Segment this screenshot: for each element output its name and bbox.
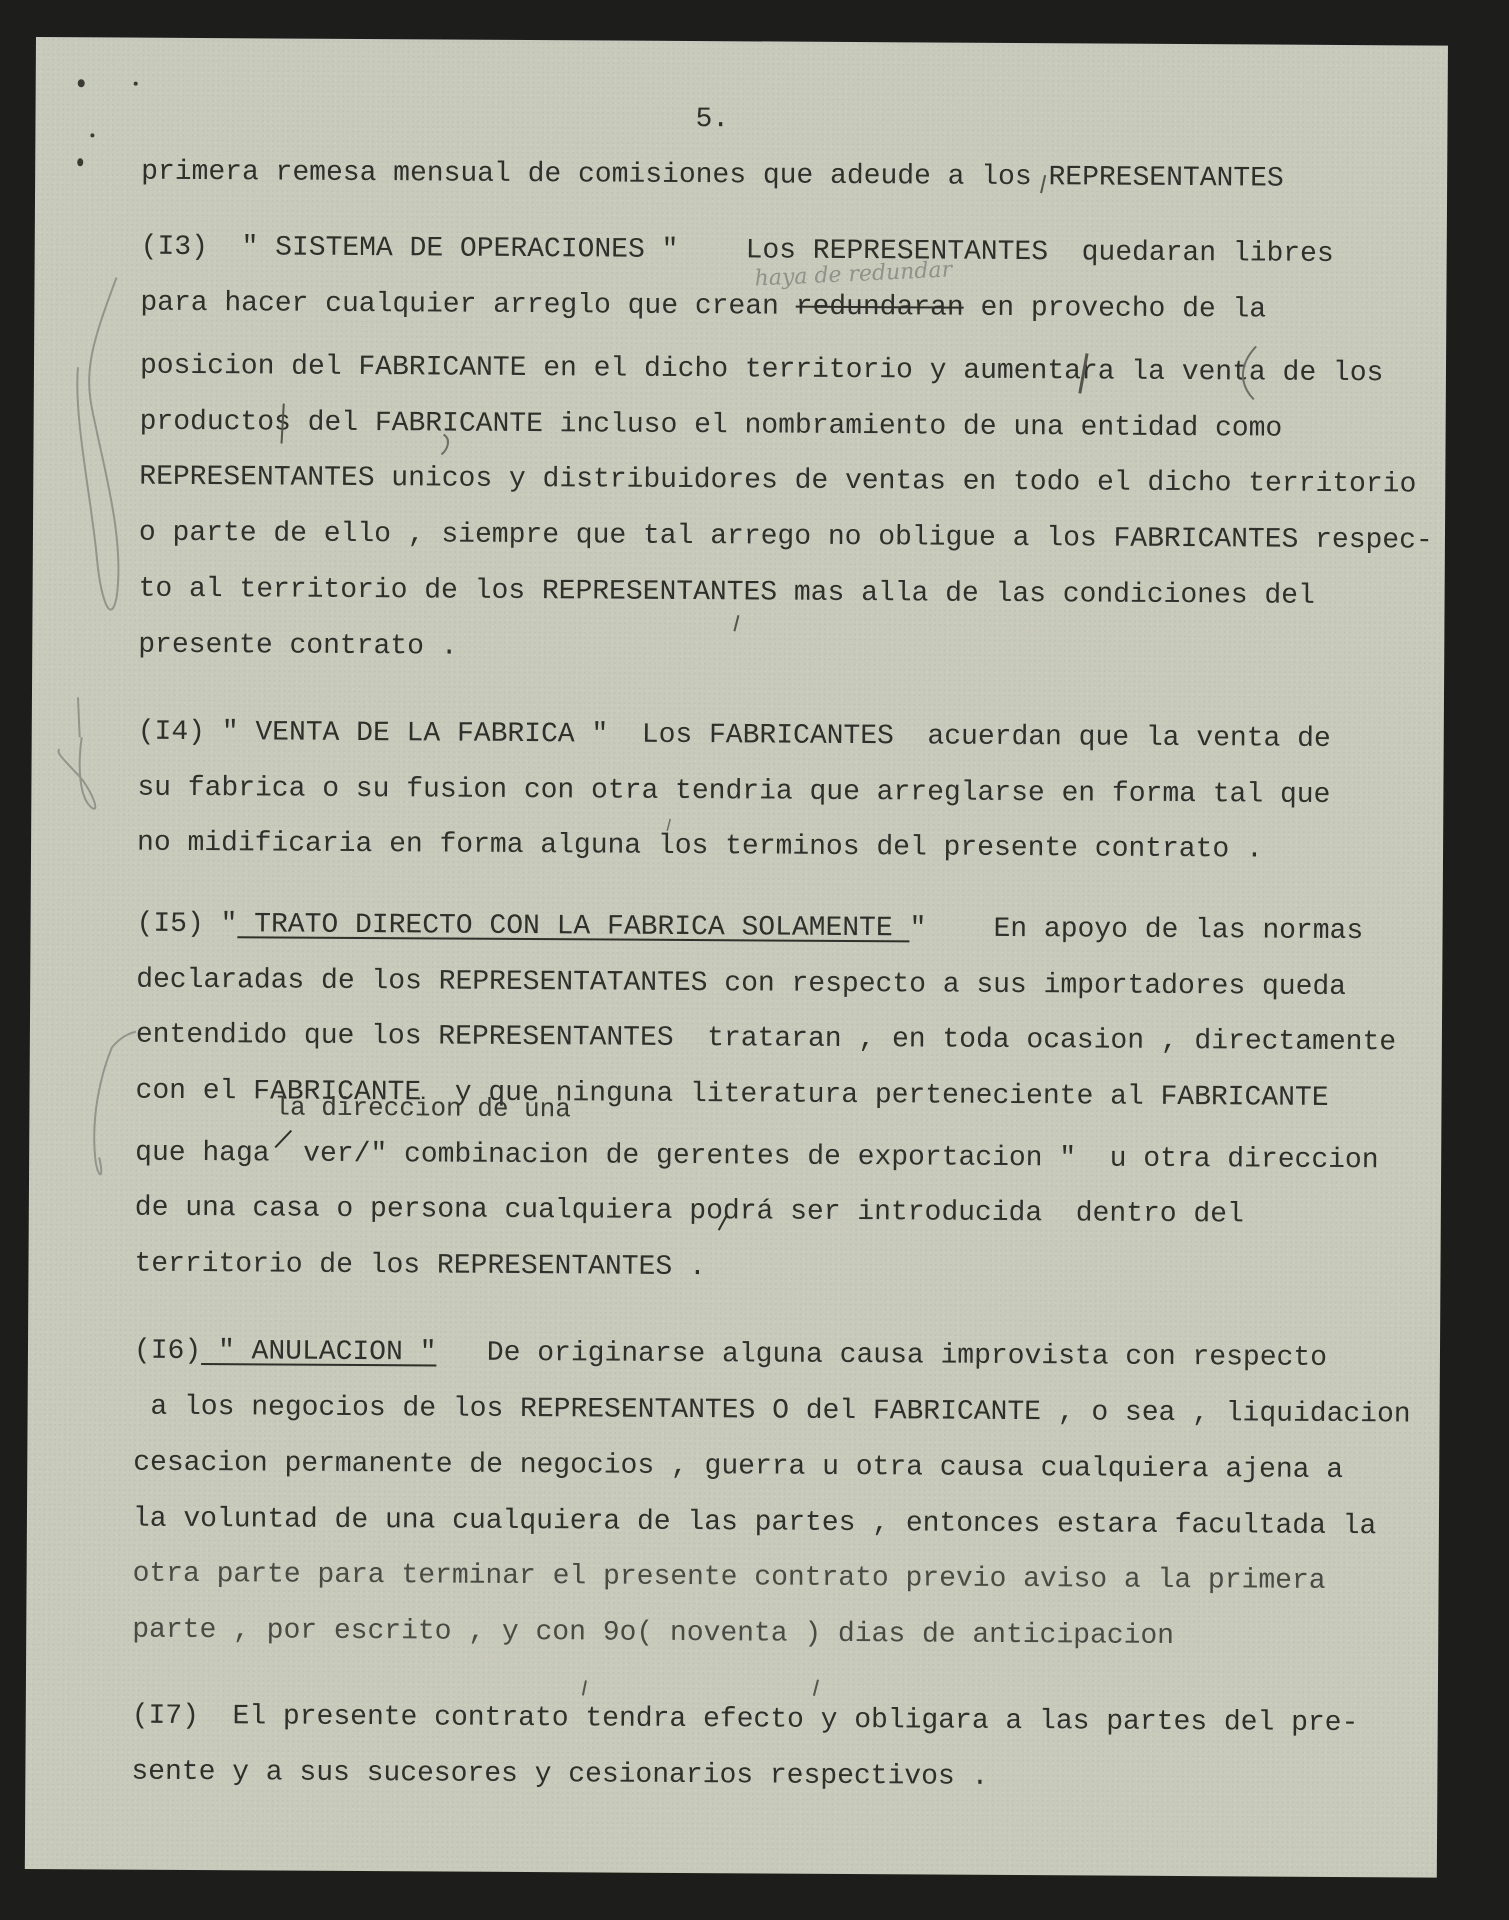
margin-check-mark bbox=[94, 1031, 136, 1174]
margin-check-mark bbox=[58, 697, 96, 809]
parenthesis-mark bbox=[1243, 346, 1256, 399]
accent-mark bbox=[1041, 175, 1045, 193]
accent-mark bbox=[719, 1215, 727, 1230]
accent-mark bbox=[814, 1680, 818, 1696]
pencil-marks bbox=[25, 37, 1448, 1878]
accent-mark bbox=[583, 1680, 586, 1695]
accent-mark bbox=[667, 819, 670, 831]
correction-mark bbox=[282, 404, 284, 444]
slash-mark bbox=[275, 1130, 291, 1147]
accent-mark bbox=[734, 615, 738, 631]
margin-bracket-mark bbox=[76, 277, 120, 609]
correction-mark bbox=[1080, 353, 1087, 393]
comma-mark bbox=[441, 434, 448, 454]
document-page: 5. primera remesa mensual de comisiones … bbox=[25, 37, 1448, 1878]
